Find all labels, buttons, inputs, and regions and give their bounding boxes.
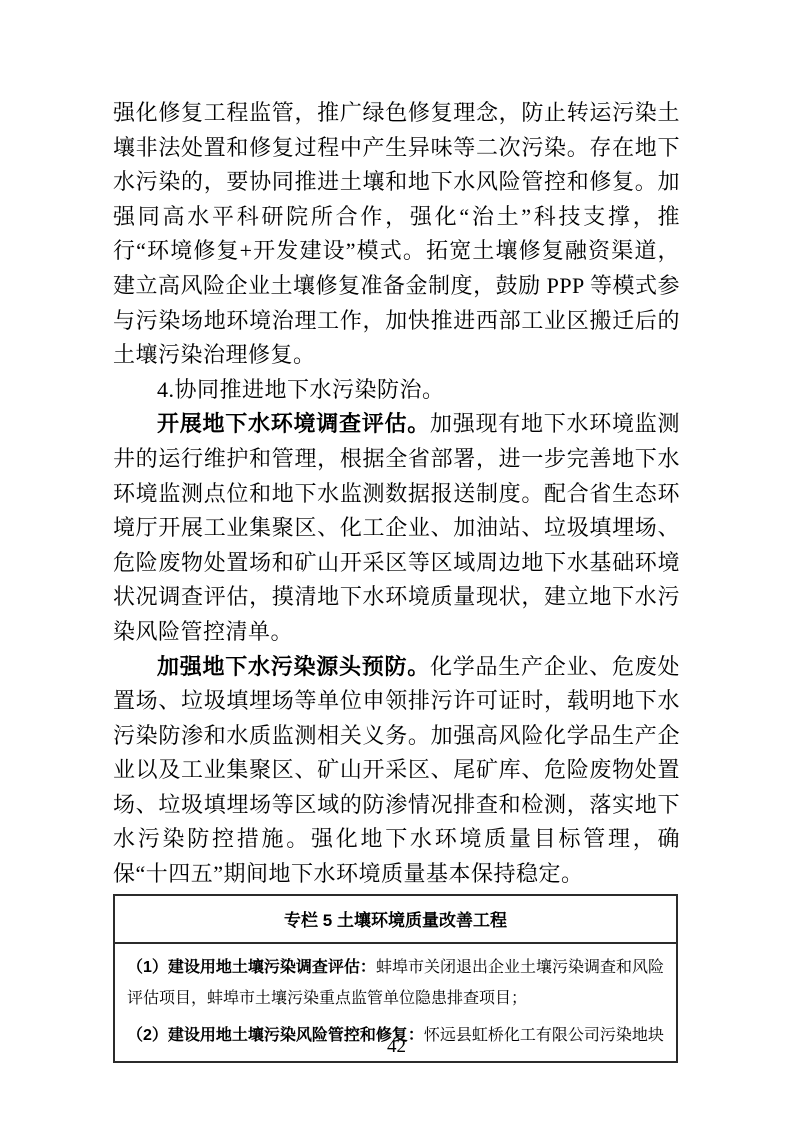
- callout-item-1: （1）建设用地土壤污染调查评估：蚌埠市关闭退出企业土壤污染调查和风险评估项目，蚌…: [127, 952, 664, 1014]
- paragraph-text: 加强现有地下水环境监测井的运行维护和管理，根据全省部署，进一步完善地下水环境监测…: [113, 411, 680, 644]
- document-content: 强化修复工程监管，推广绿色修复理念，防止转运污染土壤非法处置和修复过程中产生异味…: [113, 96, 680, 1063]
- callout-item-1-lead: （1）建设用地土壤污染调查评估：: [127, 959, 376, 976]
- paragraph-groundwater-prevention: 加强地下水污染源头预防。化学品生产企业、危废处置场、垃圾填埋场等单位申领排污许可…: [113, 650, 680, 892]
- paragraph-groundwater-survey: 开展地下水环境调查评估。加强现有地下水环境监测井的运行维护和管理，根据全省部署，…: [113, 407, 680, 649]
- page-number: 42: [0, 1036, 793, 1058]
- run-in-heading-groundwater-survey: 开展地下水环境调查评估。: [157, 411, 430, 436]
- paragraph-soil-remediation: 强化修复工程监管，推广绿色修复理念，防止转运污染土壤非法处置和修复过程中产生异味…: [113, 96, 680, 373]
- paragraph-item-4-heading: 4.协同推进地下水污染防治。: [113, 373, 680, 408]
- callout-box-title: 专栏 5 土壤环境质量改善工程: [115, 896, 676, 944]
- paragraph-text: 化学品生产企业、危废处置场、垃圾填埋场等单位申领排污许可证时，载明地下水污染防渗…: [113, 654, 680, 887]
- run-in-heading-groundwater-prevention: 加强地下水污染源头预防。: [157, 654, 430, 679]
